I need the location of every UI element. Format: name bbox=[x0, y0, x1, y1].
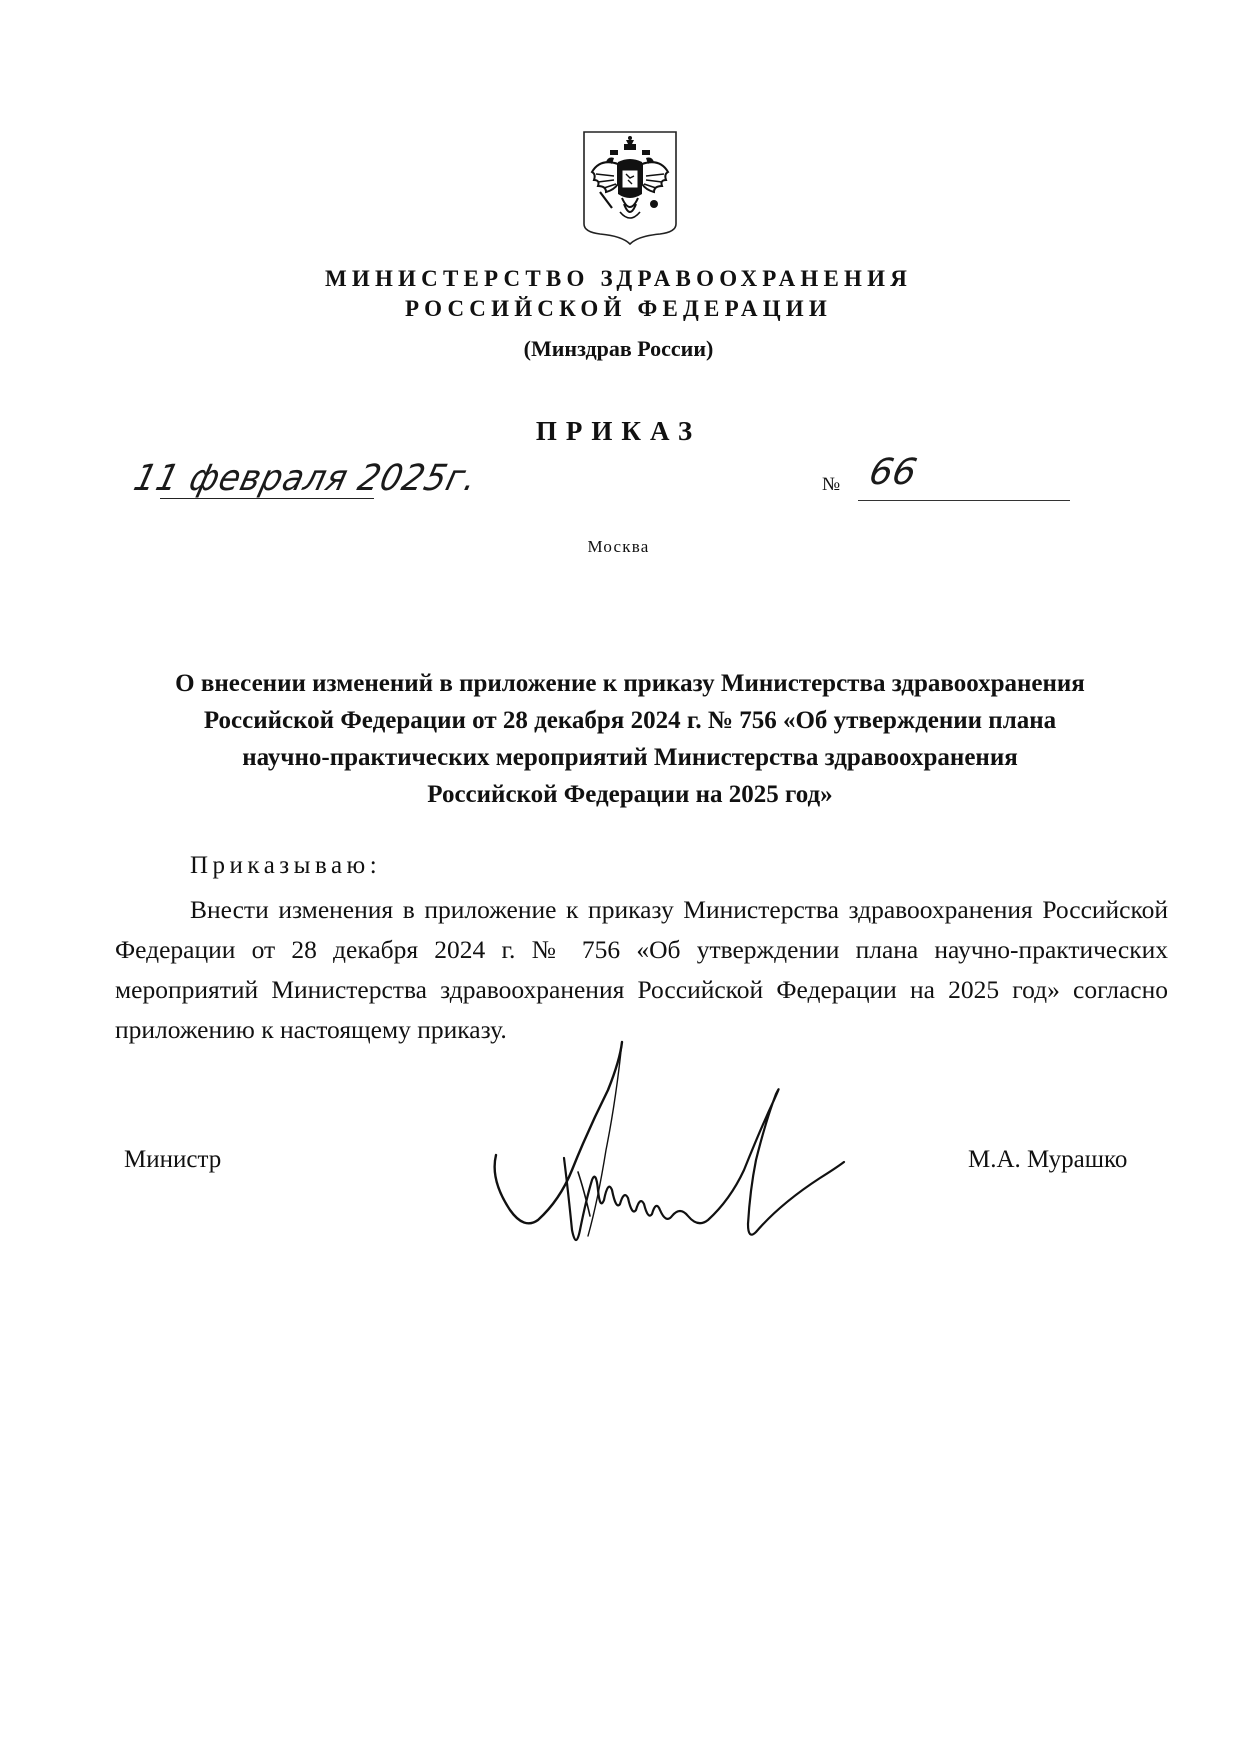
signature-icon bbox=[480, 1040, 860, 1250]
handwritten-date: 11 февраля 2025г. bbox=[130, 458, 482, 499]
subject-line: Российской Федерации на 2025 год» bbox=[100, 776, 1160, 813]
ministry-name-line-2: РОССИЙСКОЙ ФЕДЕРАЦИИ bbox=[0, 296, 1237, 322]
signer-name: М.А. Мурашко bbox=[968, 1146, 1127, 1174]
handwritten-document-number: 66 bbox=[866, 452, 921, 493]
subject-line: научно-практических мероприятий Министер… bbox=[100, 739, 1160, 776]
coat-of-arms-icon bbox=[580, 128, 680, 246]
document-type-title: ПРИКАЗ bbox=[0, 416, 1237, 447]
document-subject: О внесении изменений в приложение к прик… bbox=[100, 665, 1160, 813]
ministry-short-name: (Минздрав России) bbox=[0, 336, 1237, 362]
city-label: Москва bbox=[0, 537, 1237, 557]
ministry-name-line-1: МИНИСТЕРСТВО ЗДРАВООХРАНЕНИЯ bbox=[0, 266, 1237, 292]
order-body-text: Внести изменения в приложение к приказу … bbox=[115, 890, 1168, 1050]
number-underline bbox=[858, 500, 1070, 501]
subject-line: О внесении изменений в приложение к прик… bbox=[100, 665, 1160, 702]
subject-line: Российской Федерации от 28 декабря 2024 … bbox=[100, 702, 1160, 739]
signer-title: Министр bbox=[124, 1146, 221, 1174]
number-label: № bbox=[822, 474, 840, 496]
order-intro: Приказываю: bbox=[190, 852, 381, 880]
date-underline bbox=[160, 498, 374, 499]
